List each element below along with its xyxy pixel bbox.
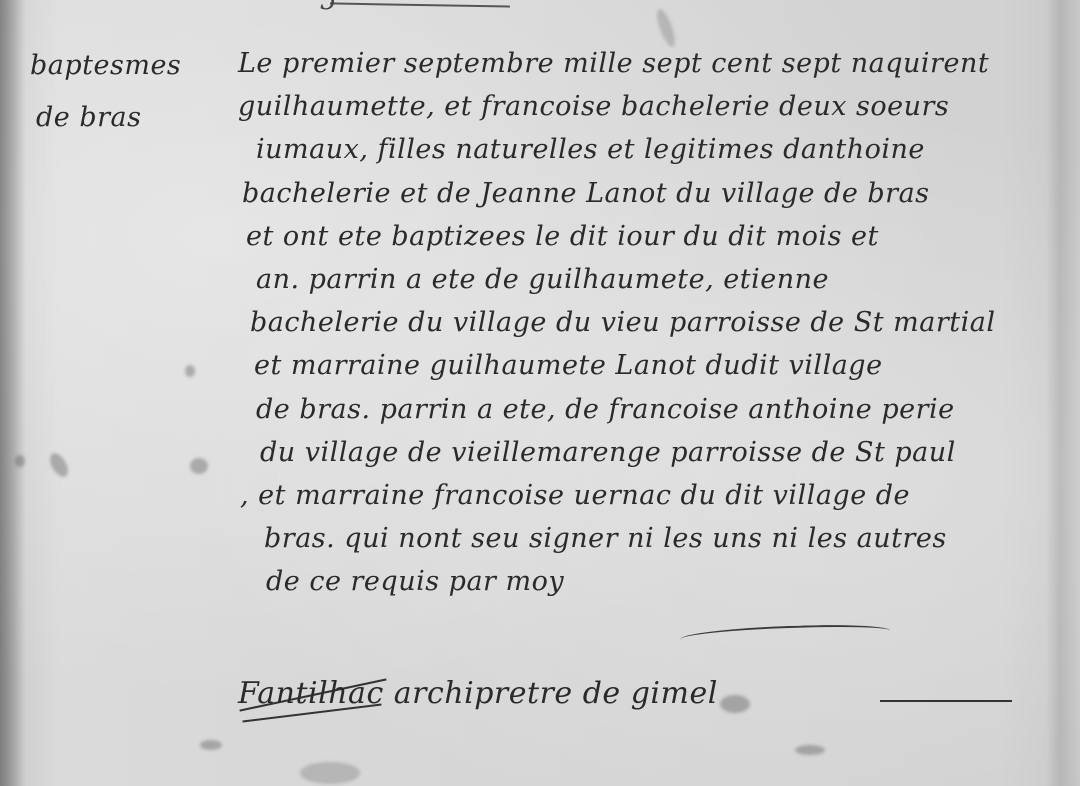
signature-underline: [880, 700, 1012, 702]
entry-line: bachelerie du village du vieu parroisse …: [238, 301, 1038, 344]
signature: Fantilhac archipretre de gimel: [238, 676, 718, 711]
ink-blot: [190, 458, 208, 474]
ink-blot: [300, 762, 360, 784]
margin-note-line: baptesmes: [30, 40, 220, 92]
entry-line: de ce requis par moy: [238, 560, 1038, 603]
ink-blot: [46, 450, 71, 480]
ink-blot: [200, 740, 222, 750]
ink-blot: [185, 365, 195, 377]
ink-blot: [795, 745, 825, 755]
entry-line: et ont ete baptizees le dit iour du dit …: [238, 215, 1038, 258]
entry-line: du village de vieillemarenge parroisse d…: [238, 431, 1038, 474]
page-edge: [1046, 0, 1080, 786]
binding-shadow: [0, 0, 26, 786]
margin-note-line: de bras: [30, 92, 220, 144]
entry-line: , et marraine francoise uernac du dit vi…: [238, 474, 1038, 517]
entry-line: guilhaumette, et francoise bachelerie de…: [238, 85, 1038, 128]
entry-line: iumaux, filles naturelles et legitimes d…: [238, 128, 1038, 171]
entry-line: an. parrin a ete de guilhaumete, etienne: [238, 258, 1038, 301]
ink-blot: [720, 695, 750, 713]
entry-line: bachelerie et de Jeanne Lanot du village…: [238, 172, 1038, 215]
ink-blot: [15, 455, 25, 467]
entry-line: et marraine guilhaumete Lanot dudit vill…: [238, 344, 1038, 387]
entry-line: Le premier septembre mille sept cent sep…: [238, 42, 1038, 85]
entry-line: de bras. parrin a ete, de francoise anth…: [238, 388, 1038, 431]
entry-text: Le premier septembre mille sept cent sep…: [238, 42, 1038, 603]
entry-line: bras. qui nont seu signer ni les uns ni …: [238, 517, 1038, 560]
top-fragment-text: 5: [320, 0, 337, 16]
margin-note: baptesmes de bras: [30, 40, 220, 144]
manuscript-page: 5 baptesmes de bras Le premier septembre…: [0, 0, 1080, 786]
top-flourish: [330, 2, 510, 7]
closing-flourish: [680, 623, 890, 646]
